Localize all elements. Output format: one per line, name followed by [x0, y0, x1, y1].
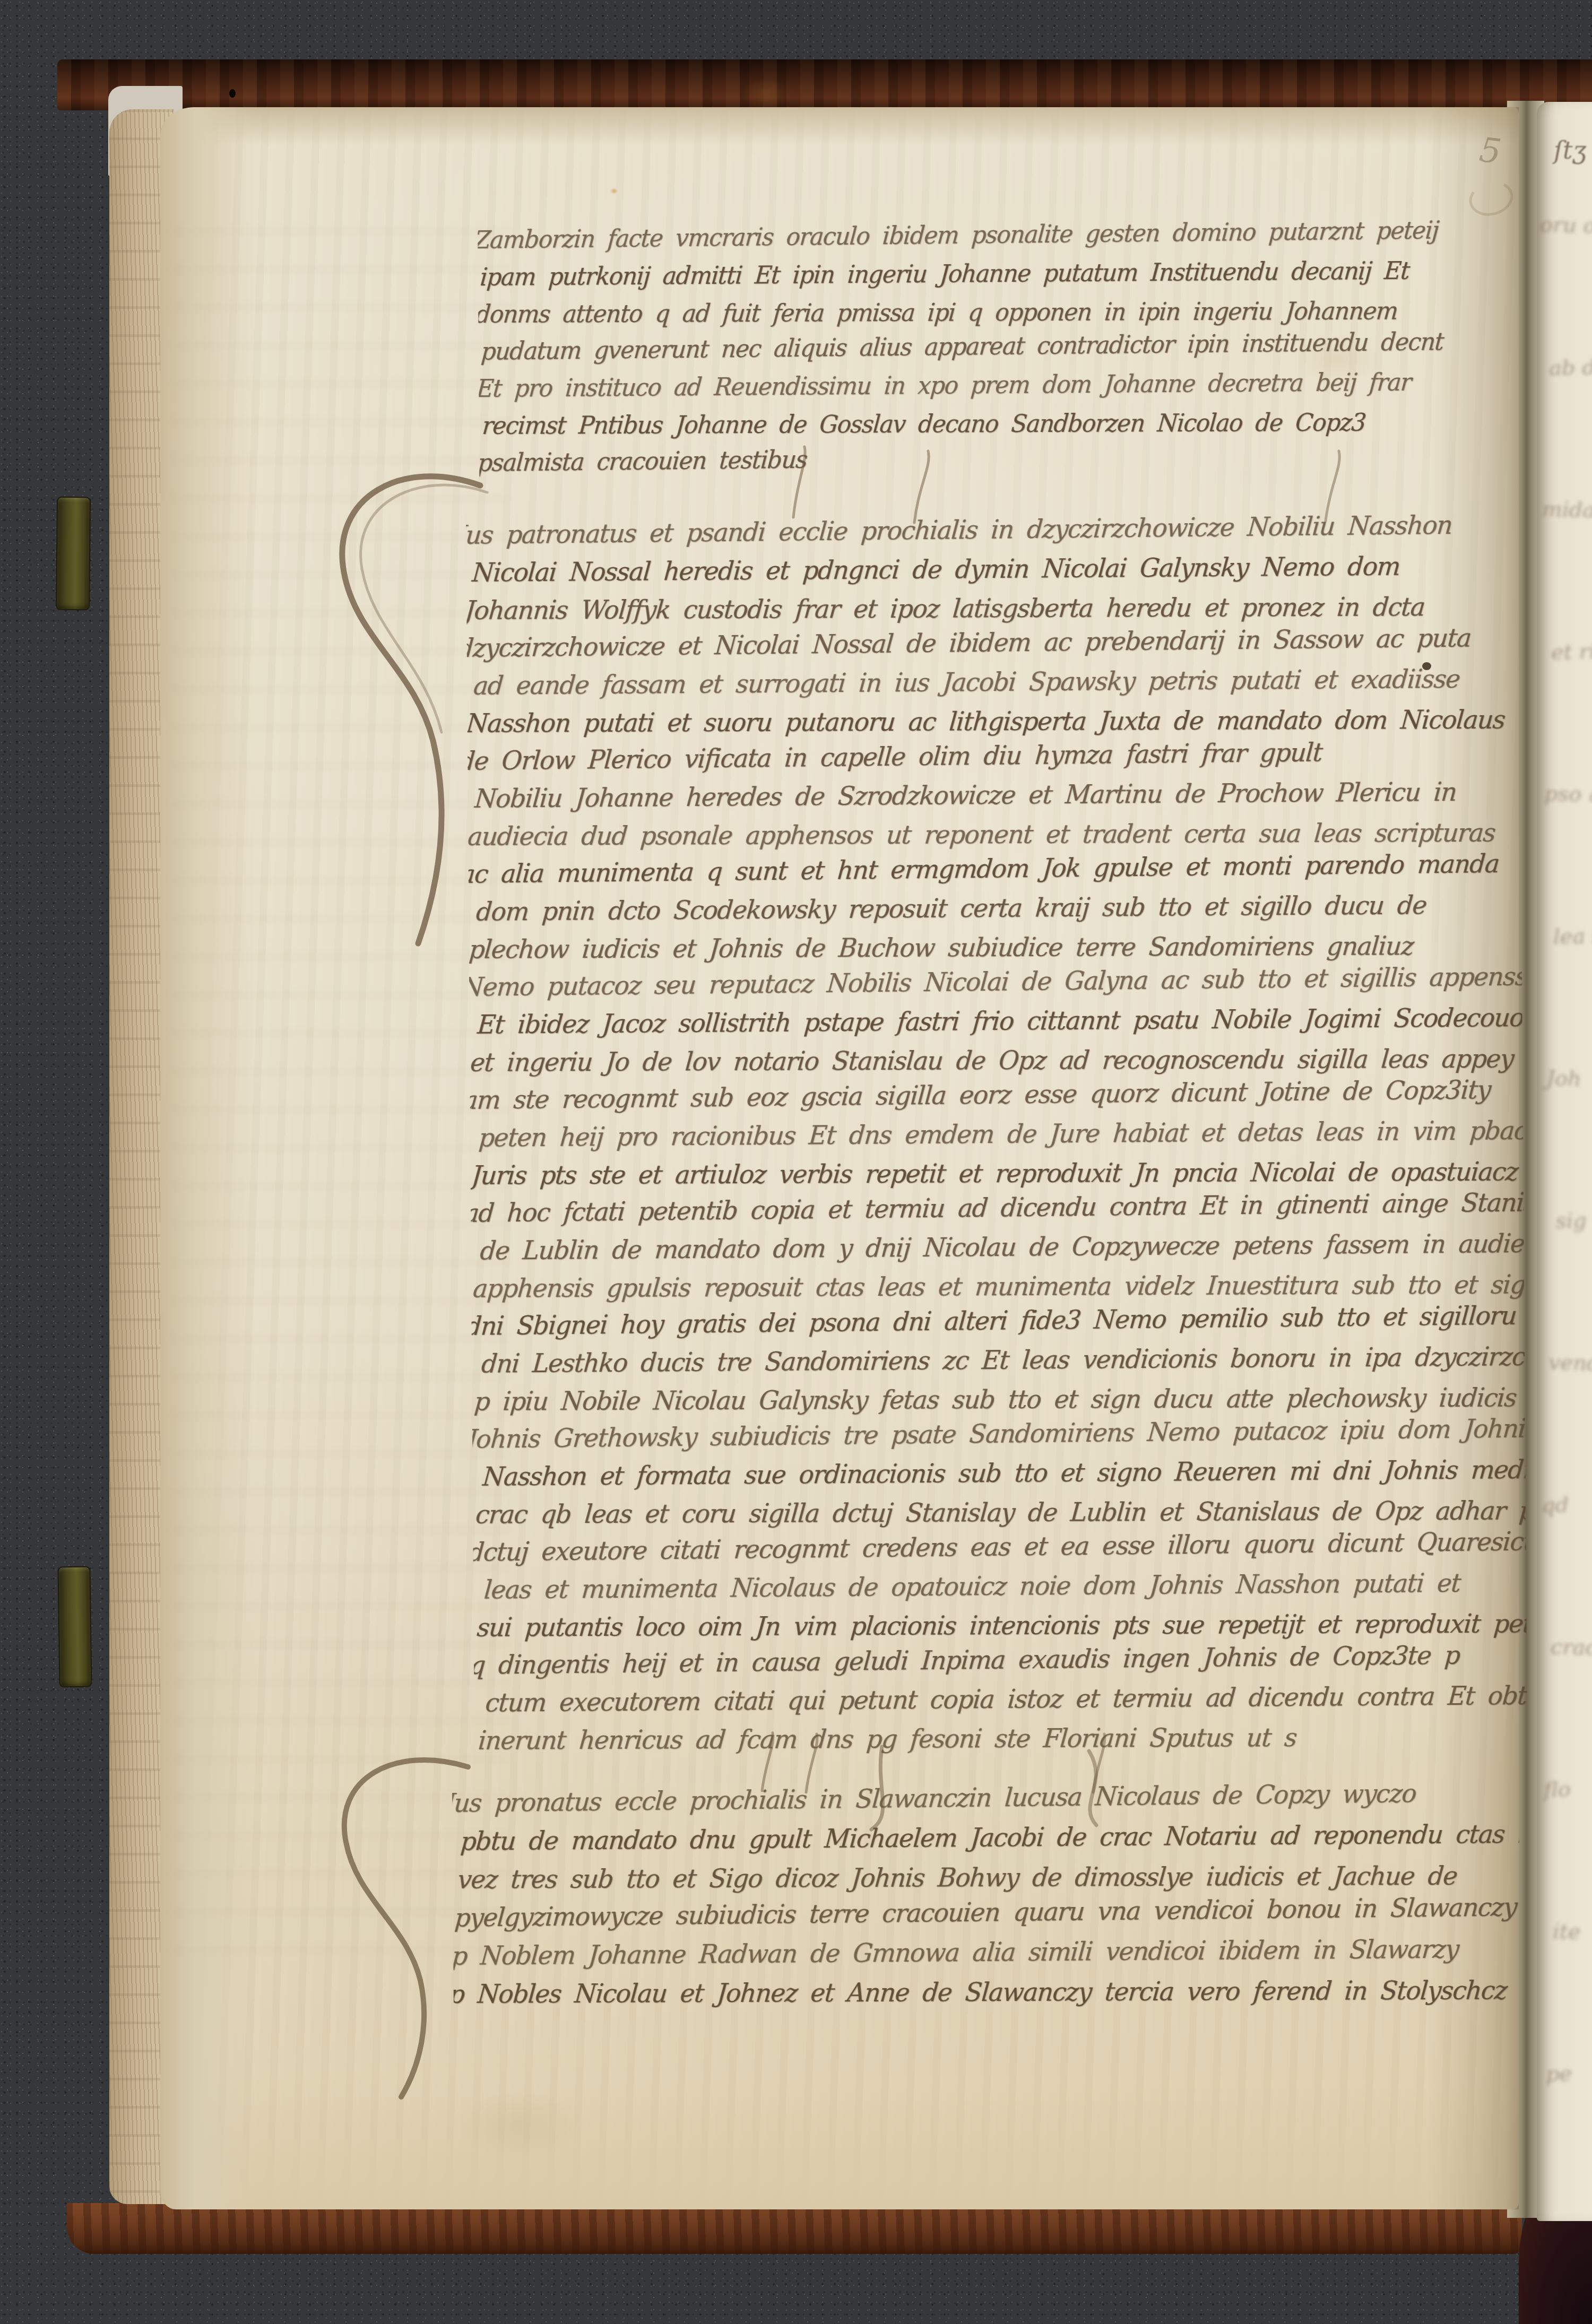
ascender-stroke — [793, 447, 805, 517]
ascender-stroke — [806, 1734, 817, 1792]
manuscript-photo: ſtʒ oru obab demidaet ripso qlea sJohsig… — [0, 0, 1592, 2324]
ascender-stroke — [762, 1733, 773, 1791]
ascender-stroke — [914, 451, 929, 523]
descender-stroke — [871, 1747, 883, 1829]
initial-J-flourish-entry-2 — [342, 476, 480, 943]
pen-flourish-overlay — [0, 0, 1592, 2324]
descender-stroke — [1089, 1751, 1096, 1825]
initial-J-flourish-entry-2-echo — [361, 485, 487, 732]
initial-J-flourish-entry-3 — [344, 1760, 468, 2097]
ascender-stroke — [1326, 451, 1339, 521]
